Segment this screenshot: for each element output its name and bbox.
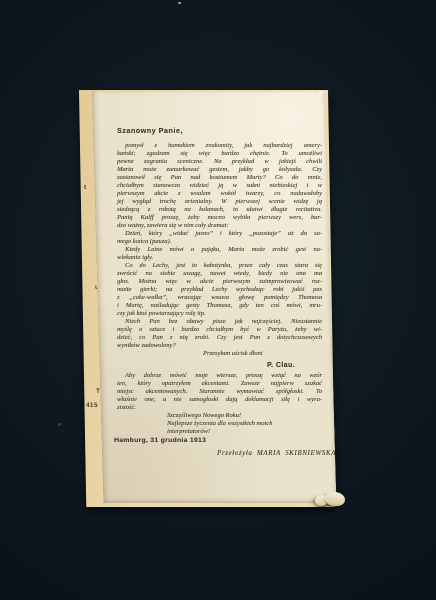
letter-line: dzo ważny, zawiera się w nim cały dramat… (117, 222, 322, 230)
letter-line: z „cake-walka”, wracając wsuwa głowę pom… (117, 294, 322, 302)
letter-line: Kiedy Laine mówi o pająku, Marta może zr… (117, 246, 322, 254)
letter-line: mego końca (pauza). (117, 238, 322, 246)
author-signature: P. Clau. (267, 361, 322, 370)
letter-line: Niech Pan bez obawy pisze jak najczęście… (117, 318, 322, 326)
edge-fragment: 415 (86, 402, 98, 409)
letter-line: kański; zgadzam się więc bardzo chętnie.… (117, 150, 322, 158)
dust-speck (178, 2, 181, 4)
edge-fragment: t (84, 184, 86, 191)
letter-paragraph: Dzień, który „widać jasno” i który „pozo… (117, 230, 322, 246)
closing-phrase: Przesyłam uścisk dłoni (203, 350, 322, 358)
letter-paragraph: Kiedy Laine mówi o pająku, Marta może zr… (117, 246, 322, 262)
letter-paragraph: Niech Pan bez obawy pisze jak najczęście… (117, 318, 322, 350)
letter-line: wyników zadowolony? (117, 342, 322, 350)
letter-text: Szanowny Panie, pomysł z hamakiem znakom… (117, 126, 322, 458)
letter-line: właśnie one, a nie samogłoski dają dekla… (117, 396, 322, 404)
letter-line: Aby dobrze mówić moje wiersze, proszę wz… (117, 372, 322, 380)
letter-line: dzieć, co Pan z nią zrobi. Czy jest Pan … (117, 334, 322, 342)
letter-paragraph: Aby dobrze mówić moje wiersze, proszę wz… (117, 372, 322, 412)
letter-paragraph: Co do Lechy, jest to kabotynka, przez ca… (117, 262, 322, 318)
wish-line: interpretatorów! (167, 428, 322, 436)
letter-line: zistość. (117, 404, 322, 412)
letter-line: czy jak ktoś powtarzający rolę itp. (117, 310, 322, 318)
letter-line: Dzień, który „widać jasno” i który „pozo… (117, 230, 322, 238)
salutation: Szanowny Panie, (117, 126, 322, 135)
letter-line: maite gierki; na przykład Lechy wychodzą… (117, 286, 322, 294)
edge-fragment: T (96, 388, 100, 395)
letter-line: wlekania igły. (117, 254, 322, 262)
letter-line: zwrócić na siebie uwagę, nawet wtedy, ki… (117, 270, 322, 278)
letter-paragraph: pomysł z hamakiem znakomity, jak najbard… (117, 142, 322, 230)
translator-credit: Przełożyła MARIA SKIBNIEWSKA (117, 448, 336, 458)
photo-scene: tuT415 Szanowny Panie, pomysł z hamakiem… (0, 0, 436, 600)
letter-line: jej wygląd trochę orientalny. W pierwsze… (117, 198, 322, 206)
letter-line: siedzącą z robotą na kolanach, to ułatwi… (117, 206, 322, 214)
letter-line: pierwszym akcie z woalem wokół twarzy, c… (117, 190, 322, 198)
letter-line: miejsc akcentowanych. Starannie wymawiać… (117, 388, 322, 396)
letter-line: chciałbym stanowczo widzieć ją w sukni n… (117, 182, 322, 190)
letter-line: głos. Można więc w akcie pierwszym zaimp… (117, 278, 322, 286)
letter-line: myślę o sztuce i bardzo chciałbym być w … (117, 326, 322, 334)
letter-line: zastanowił się Pan nad kostiumem Marty? … (117, 174, 322, 182)
letter-body-2: Aby dobrze mówić moje wiersze, proszę wz… (117, 372, 322, 412)
letter-line: pewne zagrania sceniczne. Na przykład w … (117, 158, 322, 166)
dateline: Hamburg, 31 grudnia 1913 (114, 436, 322, 445)
dust-speck (58, 423, 61, 426)
letter-line: Panią Kalff proszę, żeby mocno wybiła pi… (117, 214, 322, 222)
corner-notch (319, 91, 325, 96)
letter-line: pomysł z hamakiem znakomity, jak najbard… (117, 142, 322, 150)
folded-corner-curl (312, 490, 348, 509)
letter-line: Marta może zamarkować gestem, jakby go k… (117, 166, 322, 174)
wish-line: Szczęśliwego Nowego Roku! (167, 412, 322, 420)
wish-line: Najlepsze życzenia dla wszystkich moich (167, 420, 322, 428)
letter-line: i Martę, naśladując gesty Thomasa, gdy t… (117, 302, 322, 310)
letter-line: ten, który opatrzyłem akcentami. Zawsze … (117, 380, 322, 388)
letter-line: Co do Lechy, jest to kabotynka, przez ca… (117, 262, 322, 270)
letter-body-1: pomysł z hamakiem znakomity, jak najbard… (117, 142, 322, 350)
new-year-wishes: Szczęśliwego Nowego Roku!Najlepsze życze… (167, 412, 322, 436)
